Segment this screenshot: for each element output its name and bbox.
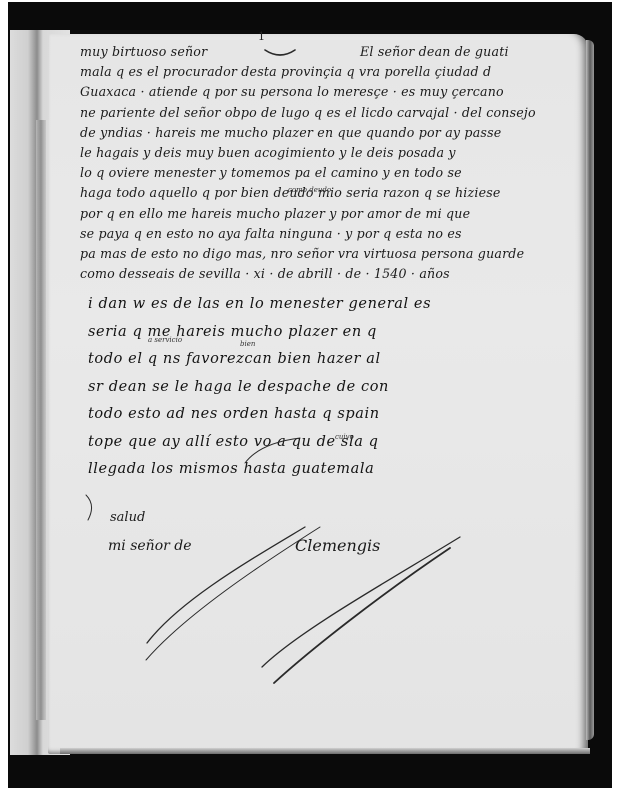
postscript-line: todo esto ad nes orden hasta q spain xyxy=(88,401,578,429)
closing-salud: salud xyxy=(110,510,145,525)
postscript-line: llegada los mismos hasta guatemala xyxy=(88,456,578,484)
signature: Clemengis xyxy=(295,536,380,555)
body-line: mala q es el procurador desta provinçia … xyxy=(80,62,580,82)
page-right-edge xyxy=(586,40,594,740)
body-line: ne pariente del señor obpo de lugo q es … xyxy=(80,103,580,123)
interlinear-note: como deudo xyxy=(288,186,331,194)
postscript-line: todo el q ns favorezcan bien hazer al xyxy=(88,346,578,374)
interlinear-note: a servicio xyxy=(148,336,182,344)
postscript: i dan w es de las en lo menester general… xyxy=(88,291,578,484)
body-line: Guaxaca · atiende q por su persona lo me… xyxy=(80,82,580,102)
first-line-right: El señor dean de guati xyxy=(360,42,509,62)
body-line: se paya q en esto no aya falta ninguna ·… xyxy=(80,224,580,244)
salutation-line: muy birtuoso señor El señor dean de guat… xyxy=(80,42,580,62)
letter-body: muy birtuoso señor El señor dean de guat… xyxy=(80,42,580,284)
body-line: le hagais y deis muy buen acogimiento y … xyxy=(80,143,580,163)
body-line: lo q oviere menester y tomemos pa el cam… xyxy=(80,163,580,183)
binding-shadow xyxy=(36,120,46,720)
page-bottom-edge xyxy=(60,748,590,754)
postscript-line: i dan w es de las en lo menester general… xyxy=(88,291,578,319)
interlinear-note: bien xyxy=(240,340,255,348)
postscript-line: sr dean se le haga le despache de con xyxy=(88,374,578,402)
interlinear-note: cuivo xyxy=(335,433,354,441)
body-line: por q en ello me hareis mucho plazer y p… xyxy=(80,204,580,224)
body-line: pa mas de esto no digo mas, nro señor vr… xyxy=(80,244,580,264)
date-line: como desseais de sevilla · xi · de abril… xyxy=(80,264,580,284)
closing-line: mi señor de xyxy=(108,538,192,554)
body-line: de yndias · hareis me mucho plazer en qu… xyxy=(80,123,580,143)
postscript-line: tope que ay allí esto vo a qu de sla q xyxy=(88,429,578,457)
salutation: muy birtuoso señor xyxy=(80,44,207,59)
